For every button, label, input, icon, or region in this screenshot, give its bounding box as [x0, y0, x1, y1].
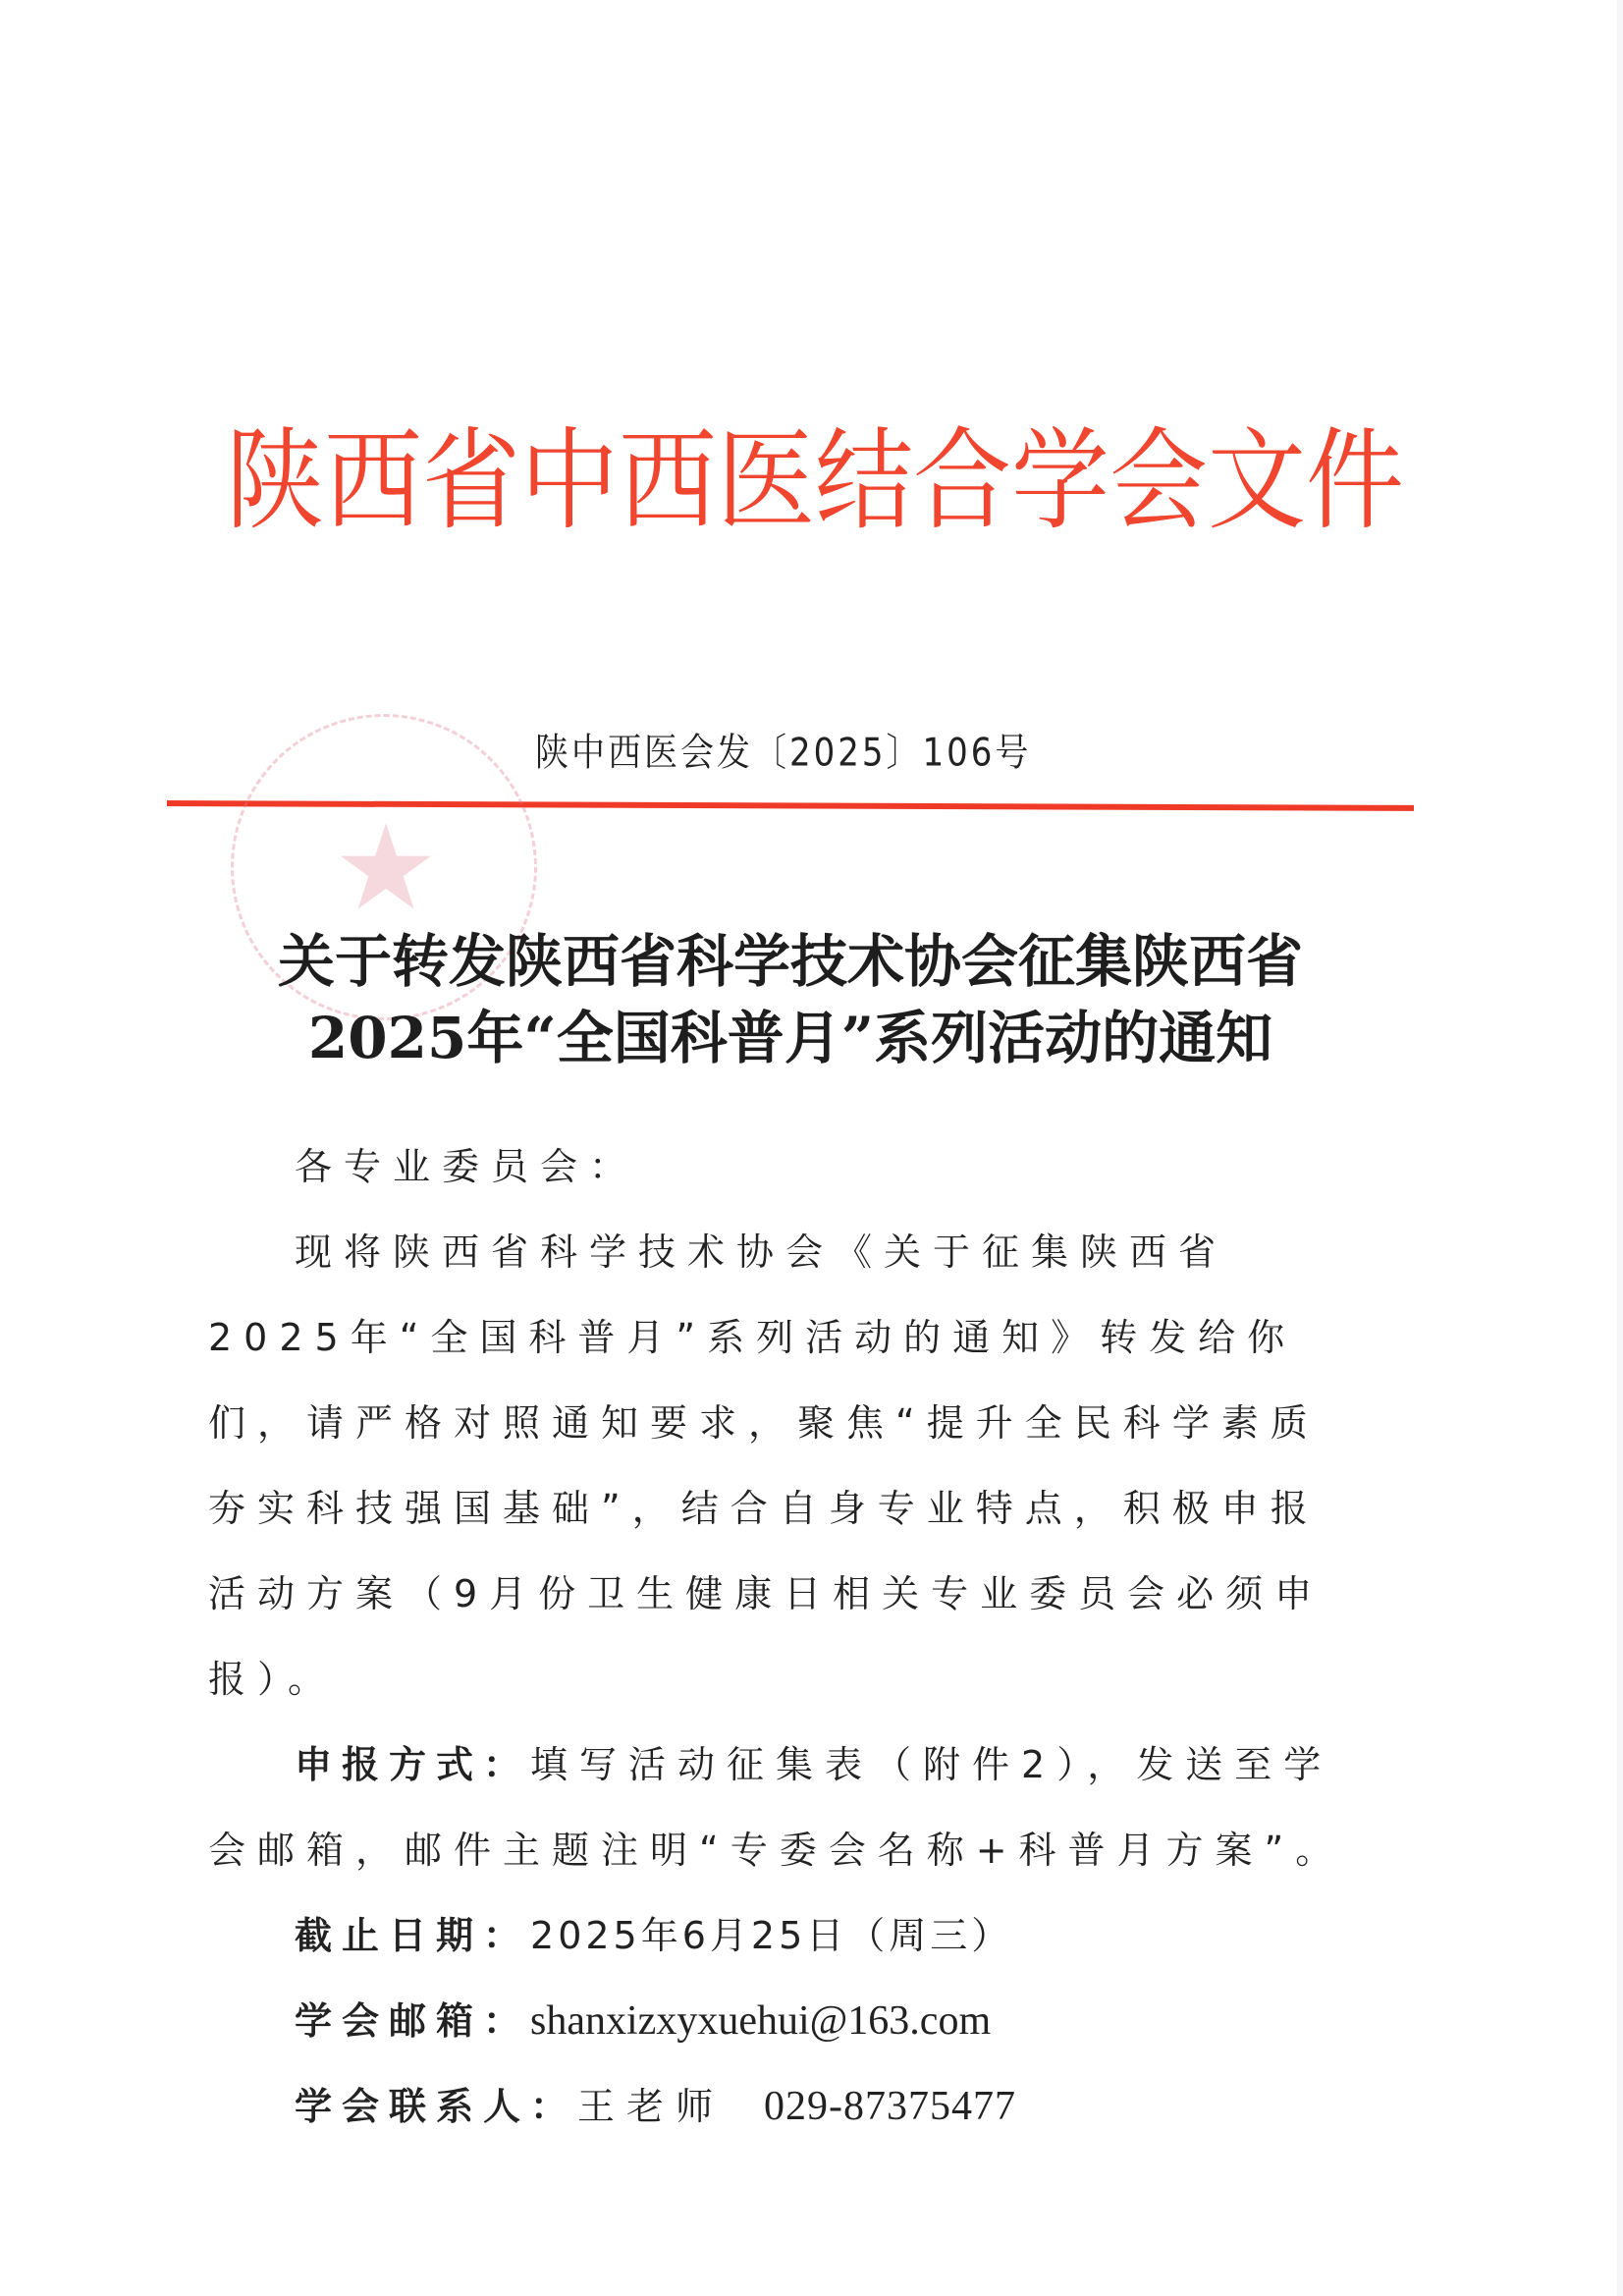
- red-divider-rule: [167, 800, 1414, 811]
- contact-line: 学会联系人：王老师029-87375477: [208, 2064, 1357, 2150]
- notice-title: 关于转发陕西省科学技术协会征集陕西省 2025年“全国科普月”系列活动的通知: [236, 923, 1345, 1076]
- email-line: 学会邮箱：shanxizxyxuehui@163.com: [208, 1979, 1357, 2064]
- contact-phone: 029-87375477: [764, 2084, 1016, 2129]
- deadline-line: 截止日期：2025年6月25日（周三）: [208, 1893, 1357, 1979]
- notice-title-line-1: 关于转发陕西省科学技术协会征集陕西省: [236, 923, 1345, 1000]
- org-title-char: 陕: [226, 415, 324, 547]
- email-label: 学会邮箱：: [295, 1999, 530, 2043]
- email-address: shanxizxyxuehui@163.com: [530, 1998, 991, 2044]
- document-number: 陕中西医会发〔2025〕106号: [535, 728, 1031, 780]
- page-edge: [1617, 0, 1623, 2296]
- notice-title-line-2: 2025年“全国科普月”系列活动的通知: [236, 1000, 1345, 1076]
- org-title-char: 件: [1306, 415, 1404, 547]
- deadline-value: 2025年6月25日（周三）: [530, 1914, 1012, 1957]
- contact-name: 王老师: [577, 2085, 725, 2128]
- org-title-char: 会: [1109, 415, 1208, 547]
- org-title-char: 西: [324, 415, 422, 547]
- org-title-char: 西: [619, 415, 717, 547]
- main-paragraph: 现将陕西省科学技术协会《关于征集陕西省2025年“全国科普月”系列活动的通知》转…: [208, 1210, 1357, 1722]
- org-title-char: 省: [422, 415, 520, 547]
- org-header-title: 陕 西 省 中 西 医 结 合 学 会 文 件: [226, 415, 1365, 547]
- submission-method: 申报方式：填写活动征集表（附件2），发送至学会邮箱，邮件主题注明“专委会名称+科…: [208, 1722, 1357, 1893]
- contact-label: 学会联系人：: [295, 2085, 577, 2128]
- notice-body: 各专业委员会： 现将陕西省科学技术协会《关于征集陕西省2025年“全国科普月”系…: [208, 1124, 1357, 2150]
- submission-method-label: 申报方式：: [295, 1743, 530, 1786]
- org-title-char: 学: [1011, 415, 1109, 547]
- org-title-char: 医: [717, 415, 815, 547]
- org-title-char: 结: [815, 415, 913, 547]
- seal-star-icon: ★: [322, 810, 450, 928]
- org-title-char: 中: [520, 415, 619, 547]
- salutation: 各专业委员会：: [208, 1124, 1357, 1210]
- org-title-char: 合: [913, 415, 1011, 547]
- deadline-label: 截止日期：: [295, 1914, 530, 1957]
- org-title-char: 文: [1208, 415, 1306, 547]
